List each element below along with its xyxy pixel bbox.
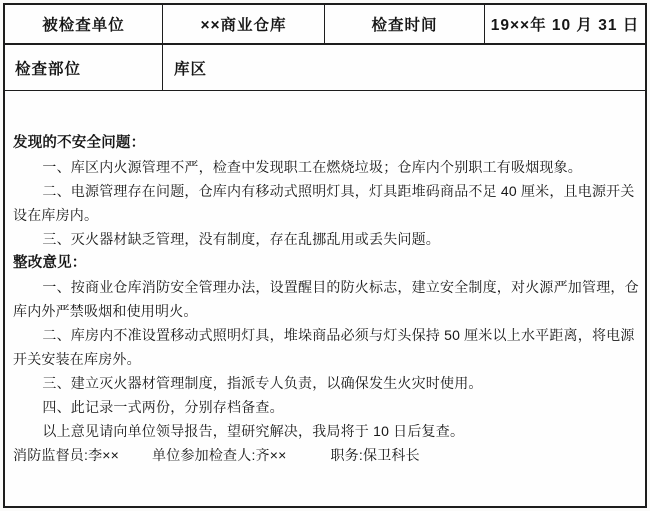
problem-item-1: 一、库区内火源管理不严，检查中发现职工在燃烧垃圾；仓库内个别职工有吸烟现象。 <box>13 155 639 179</box>
inspected-unit-value: ××商业仓库 <box>163 5 325 43</box>
inspection-time-label: 检查时间 <box>325 5 485 43</box>
inspection-part-label: 检查部位 <box>5 45 163 90</box>
unit-participant-name: 齐×× <box>256 447 287 463</box>
problem-item-2: 二、电源管理存在问题，仓库内有移动式照明灯具，灯具距堆码商品不足 40 厘米，且… <box>13 179 639 227</box>
fire-supervisor-signature: 消防监督员:李×× <box>13 443 119 467</box>
inspection-record-page: 被检查单位 ××商业仓库 检查时间 19××年 10 月 31 日 检查部位 库… <box>0 0 650 511</box>
suggestion-item-4: 四、此记录一式两份，分别存档备查。 <box>13 395 639 419</box>
suggestion-item-3: 三、建立灭火器材管理制度，指派专人负责，以确保发生火灾时使用。 <box>13 371 639 395</box>
unit-participant-label: 单位参加检查人: <box>152 447 256 463</box>
closing-note: 以上意见请向单位领导报告，望研究解决，我局将于 10 日后复查。 <box>13 419 639 443</box>
suggestions-heading: 整改意见： <box>13 251 639 275</box>
inspection-record-form: 被检查单位 ××商业仓库 检查时间 19××年 10 月 31 日 检查部位 库… <box>3 3 647 508</box>
unit-participant-signature: 单位参加检查人:齐×× <box>152 443 286 467</box>
suggestion-item-1: 一、按商业仓库消防安全管理办法，设置醒目的防火标志，建立安全制度，对火源严加管理… <box>13 275 639 323</box>
inspection-body: 发现的不安全问题： 一、库区内火源管理不严，检查中发现职工在燃烧垃圾；仓库内个别… <box>5 91 645 506</box>
problem-item-3: 三、灭火器材缺乏管理，没有制度，存在乱挪乱用或丢失问题。 <box>13 227 639 251</box>
problems-heading: 发现的不安全问题： <box>13 131 639 155</box>
inspection-time-value: 19××年 10 月 31 日 <box>485 5 645 43</box>
suggestion-item-2: 二、库房内不准设置移动式照明灯具，堆垛商品必须与灯头保持 50 厘米以上水平距离… <box>13 323 639 371</box>
fire-supervisor-label: 消防监督员: <box>13 447 88 463</box>
header-row-1: 被检查单位 ××商业仓库 检查时间 19××年 10 月 31 日 <box>5 5 645 45</box>
job-title-value: 保卫科长 <box>363 447 420 463</box>
job-title-label: 职务: <box>331 447 364 463</box>
fire-supervisor-name: 李×× <box>88 447 119 463</box>
signature-row: 消防监督员:李×× 单位参加检查人:齐×× 职务:保卫科长 <box>13 443 639 467</box>
job-title-signature: 职务:保卫科长 <box>331 443 420 467</box>
header-row-2: 检查部位 库区 <box>5 45 645 91</box>
inspection-part-value: 库区 <box>163 45 645 90</box>
inspected-unit-label: 被检查单位 <box>5 5 163 43</box>
